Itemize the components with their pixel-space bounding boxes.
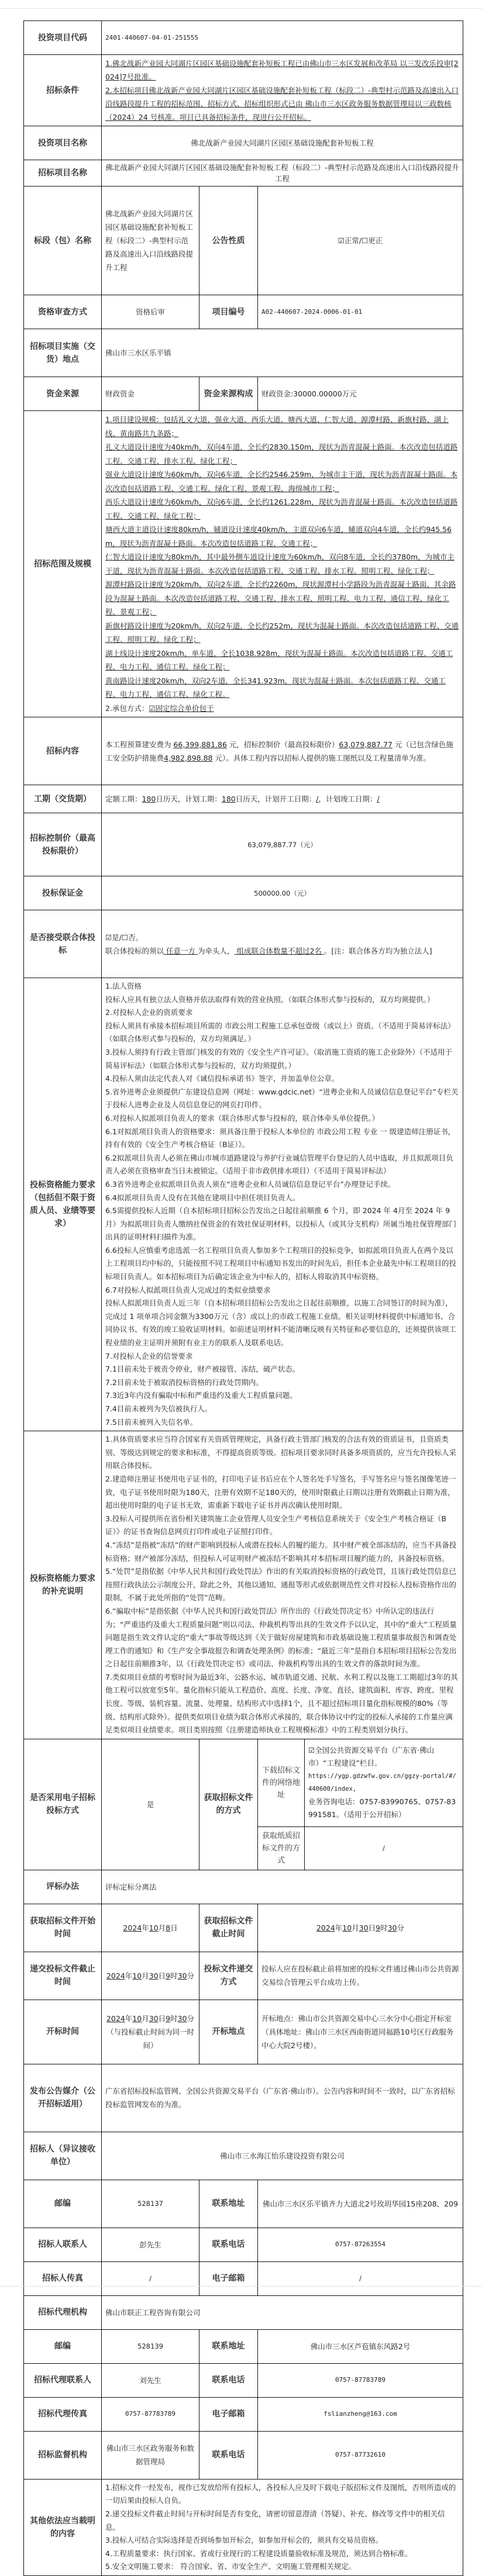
label-obtain-end: 获取招标文件截止时间: [199, 1904, 258, 1952]
value-electronic: 是: [102, 1739, 199, 1870]
value-paper-method: /: [305, 1826, 463, 1870]
value-scope: 1.项目建设规模：包括礼义大道、强业大道、西乐大道、塘西大道、仁智大道、源潭村路…: [102, 411, 463, 717]
label-agency-phone: 联系电话: [199, 2363, 258, 2397]
value-tenderer-fax: /: [102, 2261, 199, 2295]
label-qualification-notes: 投标资格能力要求的补充说明: [24, 1431, 102, 1739]
download-url-link[interactable]: https://ygp.gdzwfw.gov.cn/ggzy-portal/#/…: [308, 1770, 459, 1795]
label-qualification: 投标资格能力要求（包括但不限于资质人员、业绩等要求）: [24, 978, 102, 1431]
safety-fee-amount: 4,982,898.88: [164, 754, 213, 762]
row-section-name: 标段（包）名称 佛北战新产业园大同湖片区园区基础设施配套补短板工程（标段二）-典…: [24, 187, 463, 295]
label-tenderer-contact: 招标人联系人: [24, 2228, 102, 2261]
value-qualification-review: 资格后审: [102, 295, 199, 329]
label-opening-time: 开标时间: [24, 2000, 102, 2064]
value-evaluation: 评标定标分离法: [102, 1870, 463, 1904]
label-agency-email: 电子邮箱: [199, 2397, 258, 2431]
scope-line: 1.项目建设规模：包括礼义大道、强业大道、西乐大道、塘西大道、仁智大道、源潭村路…: [105, 413, 459, 440]
value-supervision: 佛山市三水区政务服务和数据管理局: [102, 2431, 199, 2479]
label-tender-conditions: 招标条件: [24, 55, 102, 126]
row-submit: 递交投标文件截止时间 2024年10月30日9时30分 投标文件递交方式 投标人…: [24, 1952, 463, 2000]
value-qualification: 1.法人资格 投标人应具有独立法人资格并依法取得有效的营业执照。（如联合体形式参…: [102, 978, 463, 1431]
label-investment-name: 投资项目名称: [24, 126, 102, 160]
value-opening-place: 开标地点：佛山市公共资源交易中心三水分中心指定开标室（具体地址：佛山市三水区西南…: [258, 2000, 463, 2064]
row-other: 其他依法应当载明的内容 1.招标文件一经发布，视作已发放给所有投标人，各投标人应…: [24, 2479, 463, 2575]
value-other: 1.招标文件一经发布，视作已发放给所有投标人，各投标人应及时下载电子版招标文件及…: [102, 2479, 463, 2575]
label-evaluation: 评标办法: [24, 1870, 102, 1904]
row-scope: 招标范围及规模 1.项目建设规模：包括礼义大道、强业大道、西乐大道、塘西大道、仁…: [24, 411, 463, 717]
scope-line: 强业大道设计速度为60km/h，双向6车道，全长约2546.259m，为城市主干…: [105, 468, 459, 495]
scope-line: 湖上线设计速度20km/h，单车道，全长1038.928m，现状为混凝土路面。本…: [105, 647, 459, 674]
scope-line: 源潭村路设计速度为20km/h，双向2车道，全长约2260m，现状源潭村小学路段…: [105, 578, 459, 619]
label-qualification-review: 资格审查方式: [24, 295, 102, 329]
scope-line: 西乐大道设计速度为60km/h，双向6车道，全长约1261.228m，现状为沥青…: [105, 495, 459, 523]
value-tender-project-name: 佛北战新产业园大同湖片区园区基础设施配套补短板工程（标段二）-典型村示范路及高速…: [102, 160, 463, 187]
row-project-code: 投资项目代码 2401-440607-04-01-251555: [24, 21, 463, 55]
label-project-code: 投资项目代码: [24, 21, 102, 55]
value-consortium: ☑是/☐否。 联合体投标的须以 任意一方 为牵头人， 组成联合体数量不超过2名 …: [102, 910, 463, 978]
contract-method-value: ☑固定综合单价包干: [149, 704, 214, 713]
label-tender-content: 招标内容: [24, 717, 102, 785]
value-download-address: ☑全国公共资源交易平台（广东省·佛山市）“工程建设”栏目。 https://yg…: [305, 1739, 463, 1826]
label-tenderer-zip: 邮编: [24, 2180, 102, 2228]
value-section-name: 佛北战新产业园大同湖片区园区基础设施配套补短板工程（标段二）-典型村示范路及高速…: [102, 187, 199, 295]
value-control-price: 63,079,887.77（元）: [102, 813, 463, 876]
download-platform: ☑全国公共资源交易平台（广东省·佛山市）“工程建设”栏目。: [308, 1744, 459, 1770]
value-agency-fax: 0757-87783789: [102, 2397, 199, 2431]
label-opening-place: 开标地点: [199, 2000, 258, 2064]
label-agency-address: 联系地址: [199, 2329, 258, 2363]
label-download-address: 下载招标文件的网络地址: [258, 1739, 305, 1826]
label-location: 招标项目实施（交货）地点: [24, 329, 102, 377]
max-price-amount: 63,079,887.77: [339, 740, 392, 749]
label-agency-zip: 邮编: [24, 2329, 102, 2363]
label-tenderer-address: 联系地址: [199, 2180, 258, 2228]
row-opening: 开标时间 2024年10月30日9时30分（与投标截止时间为同一时间） 开标地点…: [24, 2000, 463, 2064]
row-qualification-notes: 投标资格能力要求的补充说明 1.具体资质要求应当符合国家有关资质管理规定，具备行…: [24, 1431, 463, 1739]
row-tender-project-name: 招标项目名称 佛北战新产业园大同湖片区园区基础设施配套补短板工程（标段二）-典型…: [24, 160, 463, 187]
label-consortium: 是否接受联合体投标: [24, 910, 102, 978]
value-submit-deadline: 2024年10月30日9时30分: [102, 1952, 199, 2000]
value-bid-bond: 500000.00（元）: [102, 876, 463, 910]
label-submit-deadline: 递交投标文件截止时间: [24, 1952, 102, 2000]
scope-line: 新旗村路设计速度为20km/h，双向2车道，全长约252m，现状为混凝土路面。本…: [105, 619, 459, 647]
download-phone: 业务咨询电话：0757-83990765、0757-83991581。（适用于公…: [308, 1795, 459, 1821]
label-media: 发布公告媒介（公开招标适用）: [24, 2064, 102, 2132]
label-tenderer: 招标人（异议接收单位）: [24, 2132, 102, 2180]
consortium-choice: ☑是/☐否。: [105, 931, 459, 944]
value-media: 广东省招标投标监管网、全国公共资源交易平台（广东省·佛山市）。公告内容和时间不一…: [102, 2064, 463, 2132]
scope-line: 礼义大道设计速度为40km/h，双向4车道，全长约2830.150m，现状为沥青…: [105, 440, 459, 468]
row-qualification: 投标资格能力要求（包括但不限于资质人员、业绩等要求） 1.法人资格 投标人应具有…: [24, 978, 463, 1431]
tender-notice-table: 投资项目代码 2401-440607-04-01-251555 招标条件 1.佛…: [23, 20, 463, 2576]
row-duration: 工期（交货期） 定额工期：180日历天，计划工期：180日历天，计划开工日期：/…: [24, 785, 463, 813]
row-electronic-download: 是否采用电子招标投标方式 是 获取招标文件的方式 下载招标文件的网络地址 ☑全国…: [24, 1739, 463, 1826]
row-tenderer-fax: 招标人传真 / 电子邮箱 /: [24, 2261, 463, 2295]
value-agency-contact: 刘先生: [102, 2363, 199, 2397]
label-tenderer-fax: 招标人传真: [24, 2261, 102, 2295]
label-paper-method: 获取纸质招标文件的方式: [258, 1826, 305, 1870]
row-tender-conditions: 招标条件 1.佛北战新产业园大同湖片区园区基础设施配套补短板工程已由佛山市三水区…: [24, 55, 463, 126]
consortium-limit: 组成联合体数量不超过2名: [234, 947, 323, 955]
row-tender-content: 招标内容 本工程预算建安费为 66,399,881.86 元，招标控制价（最高投…: [24, 717, 463, 785]
scope-line: 黄南路设计速度20km/h，双向2车道，全长341.923m，现状为混凝土路面。…: [105, 674, 459, 702]
label-section-name: 标段（包）名称: [24, 187, 102, 295]
value-tender-content: 本工程预算建安费为 66,399,881.86 元，招标控制价（最高投标限价）6…: [102, 717, 463, 785]
value-tenderer-address: 佛山市三水区乐平镇齐力大道北2号玫玥华园15座208、209: [258, 2180, 463, 2228]
row-media: 发布公告媒介（公开招标适用） 广东省招标投标监管网、全国公共资源交易平台（广东省…: [24, 2064, 463, 2132]
label-project-number: 项目编号: [199, 295, 258, 329]
row-tenderer-address: 邮编 528137 联系地址 佛山市三水区乐平镇齐力大道北2号玫玥华园15座20…: [24, 2180, 463, 2228]
label-scope: 招标范围及规模: [24, 411, 102, 717]
label-agency-fax: 招标代理传真: [24, 2397, 102, 2431]
value-supervision-phone: 0757-87732610: [258, 2431, 463, 2479]
consortium-lead: 任意一方: [164, 947, 198, 955]
value-obtain-end: 2024年10月30日9时30分: [258, 1904, 463, 1952]
label-tender-project-name: 招标项目名称: [24, 160, 102, 187]
label-supervision: 招标监督机构: [24, 2431, 102, 2479]
value-duration: 定额工期：180日历天，计划工期：180日历天，计划开工日期：/，计划竣工日期：…: [102, 785, 463, 813]
label-obtain-method: 获取招标文件的方式: [199, 1739, 258, 1870]
scope-line: 塘西大道主道设计速度80km/h，辅道设计速度40km/h，主道双向6车道，辅道…: [105, 523, 459, 550]
value-tenderer: 佛山市三水海江怡乐建设投资有限公司: [102, 2132, 463, 2180]
row-bid-bond: 投标保证金 500000.00（元）: [24, 876, 463, 910]
row-obtain-time: 获取招标文件开始时间 2024年10月8日 获取招标文件截止时间 2024年10…: [24, 1904, 463, 1952]
row-funding: 资金来源 财政资金 资金来源构成 财政资金:30000.00000万元: [24, 377, 463, 411]
value-tenderer-zip: 528137: [102, 2180, 199, 2228]
row-evaluation: 评标办法 评标定标分离法: [24, 1870, 463, 1904]
row-qualification-review: 资格审查方式 资格后审 项目编号 A02-440607-2024-0006-01…: [24, 295, 463, 329]
label-tenderer-email: 电子邮箱: [199, 2261, 258, 2295]
value-opening-time: 2024年10月30日9时30分（与投标截止时间为同一时间）: [102, 2000, 199, 2064]
value-funding-source: 财政资金: [102, 377, 199, 411]
row-agency-fax: 招标代理传真 0757-87783789 电子邮箱 fslianzheng@16…: [24, 2397, 463, 2431]
row-control-price: 招标控制价（最高投标限价） 63,079,887.77（元）: [24, 813, 463, 876]
end-date: /: [377, 795, 380, 803]
condition-line-1: 1.佛北战新产业园大同湖片区园区基础设施配套补短板工程已由佛山市三水区发展和改革…: [105, 57, 459, 84]
contract-method: 2.承包方式：☑固定综合单价包干: [105, 702, 459, 716]
label-submit-method: 投标文件递交方式: [199, 1952, 258, 2000]
scope-line: 仁智大道设计速度为80km/h，其中最外侧车道设计速度为60km/h，双向8车道…: [105, 550, 459, 578]
row-agency-address: 邮编 528139 联系地址 佛山市三水区芦苞镇东风路2号: [24, 2329, 463, 2363]
label-notice-nature: 公告性质: [199, 187, 258, 295]
label-bid-bond: 投标保证金: [24, 876, 102, 910]
value-tenderer-contact: 彭先生: [102, 2228, 199, 2261]
value-obtain-start: 2024年10月8日: [102, 1904, 199, 1952]
row-investment-name: 投资项目名称 佛北战新产业园大同湖片区园区基础设施配套补短板工程: [24, 126, 463, 160]
value-tender-conditions: 1.佛北战新产业园大同湖片区园区基础设施配套补短板工程已由佛山市三水区发展和改革…: [102, 55, 463, 126]
value-project-code: 2401-440607-04-01-251555: [102, 21, 463, 55]
value-tenderer-email: /: [258, 2261, 463, 2295]
condition-line-2: 2.本招标项目佛北战新产业园大同湖片区园区基础设施配套补短板工程（标段二）-典型…: [105, 84, 459, 124]
label-other: 其他依法应当载明的内容: [24, 2479, 102, 2575]
label-electronic: 是否采用电子招标投标方式: [24, 1739, 102, 1870]
value-agency-zip: 528139: [102, 2329, 199, 2363]
label-control-price: 招标控制价（最高投标限价）: [24, 813, 102, 876]
top-divider: [0, 8, 482, 9]
value-project-number: A02-440607-2024-0006-01-01: [258, 295, 463, 329]
row-location: 招标项目实施（交货）地点 佛山市三水区乐平镇: [24, 329, 463, 377]
label-funding-composition: 资金来源构成: [199, 377, 258, 411]
row-agency: 招标代理机构 佛山市联正工程咨询有限公司: [24, 2295, 463, 2329]
row-tenderer: 招标人（异议接收单位） 佛山市三水海江怡乐建设投资有限公司: [24, 2132, 463, 2180]
value-agency: 佛山市联正工程咨询有限公司: [102, 2295, 463, 2329]
value-agency-phone: 0757-87783789: [258, 2363, 463, 2397]
value-agency-address: 佛山市三水区芦苞镇东风路2号: [258, 2329, 463, 2363]
value-agency-email-link[interactable]: fslianzheng@163.com: [258, 2397, 463, 2431]
value-investment-name: 佛北战新产业园大同湖片区园区基础设施配套补短板工程: [102, 126, 463, 160]
row-consortium: 是否接受联合体投标 ☑是/☐否。 联合体投标的须以 任意一方 为牵头人， 组成联…: [24, 910, 463, 978]
label-agency: 招标代理机构: [24, 2295, 102, 2329]
quota-days: 180: [142, 795, 156, 803]
value-qualification-notes: 1.具体资质要求应当符合国家有关资质管理规定，具备行政主管部门核发的合法有效的资…: [102, 1431, 463, 1739]
row-tenderer-contact: 招标人联系人 彭先生 联系电话 0757-87263554: [24, 2228, 463, 2261]
label-tenderer-phone: 联系电话: [199, 2228, 258, 2261]
budget-amount: 66,399,881.86: [173, 740, 226, 749]
value-funding-composition: 财政资金:30000.00000万元: [258, 377, 463, 411]
label-agency-contact: 招标代理联系人: [24, 2363, 102, 2397]
row-agency-contact: 招标代理联系人 刘先生 联系电话 0757-87783789: [24, 2363, 463, 2397]
label-duration: 工期（交货期）: [24, 785, 102, 813]
value-location: 佛山市三水区乐平镇: [102, 329, 463, 377]
value-submit-method: 投标人应在投标截止前将加密的投标文件通过佛山市公共资源交易综合管理云平台成功上传…: [258, 1952, 463, 2000]
row-supervision: 招标监督机构 佛山市三水区政务服务和数据管理局 联系电话 0757-877326…: [24, 2431, 463, 2479]
value-notice-nature: ☑正常/☐更正: [258, 187, 463, 295]
plan-days: 180: [222, 795, 236, 803]
bottom-divider: [0, 2286, 482, 2287]
label-funding-source: 资金来源: [24, 377, 102, 411]
label-obtain-start: 获取招标文件开始时间: [24, 1904, 102, 1952]
value-tenderer-phone: 0757-87263554: [258, 2228, 463, 2261]
label-supervision-phone: 联系电话: [199, 2431, 258, 2479]
